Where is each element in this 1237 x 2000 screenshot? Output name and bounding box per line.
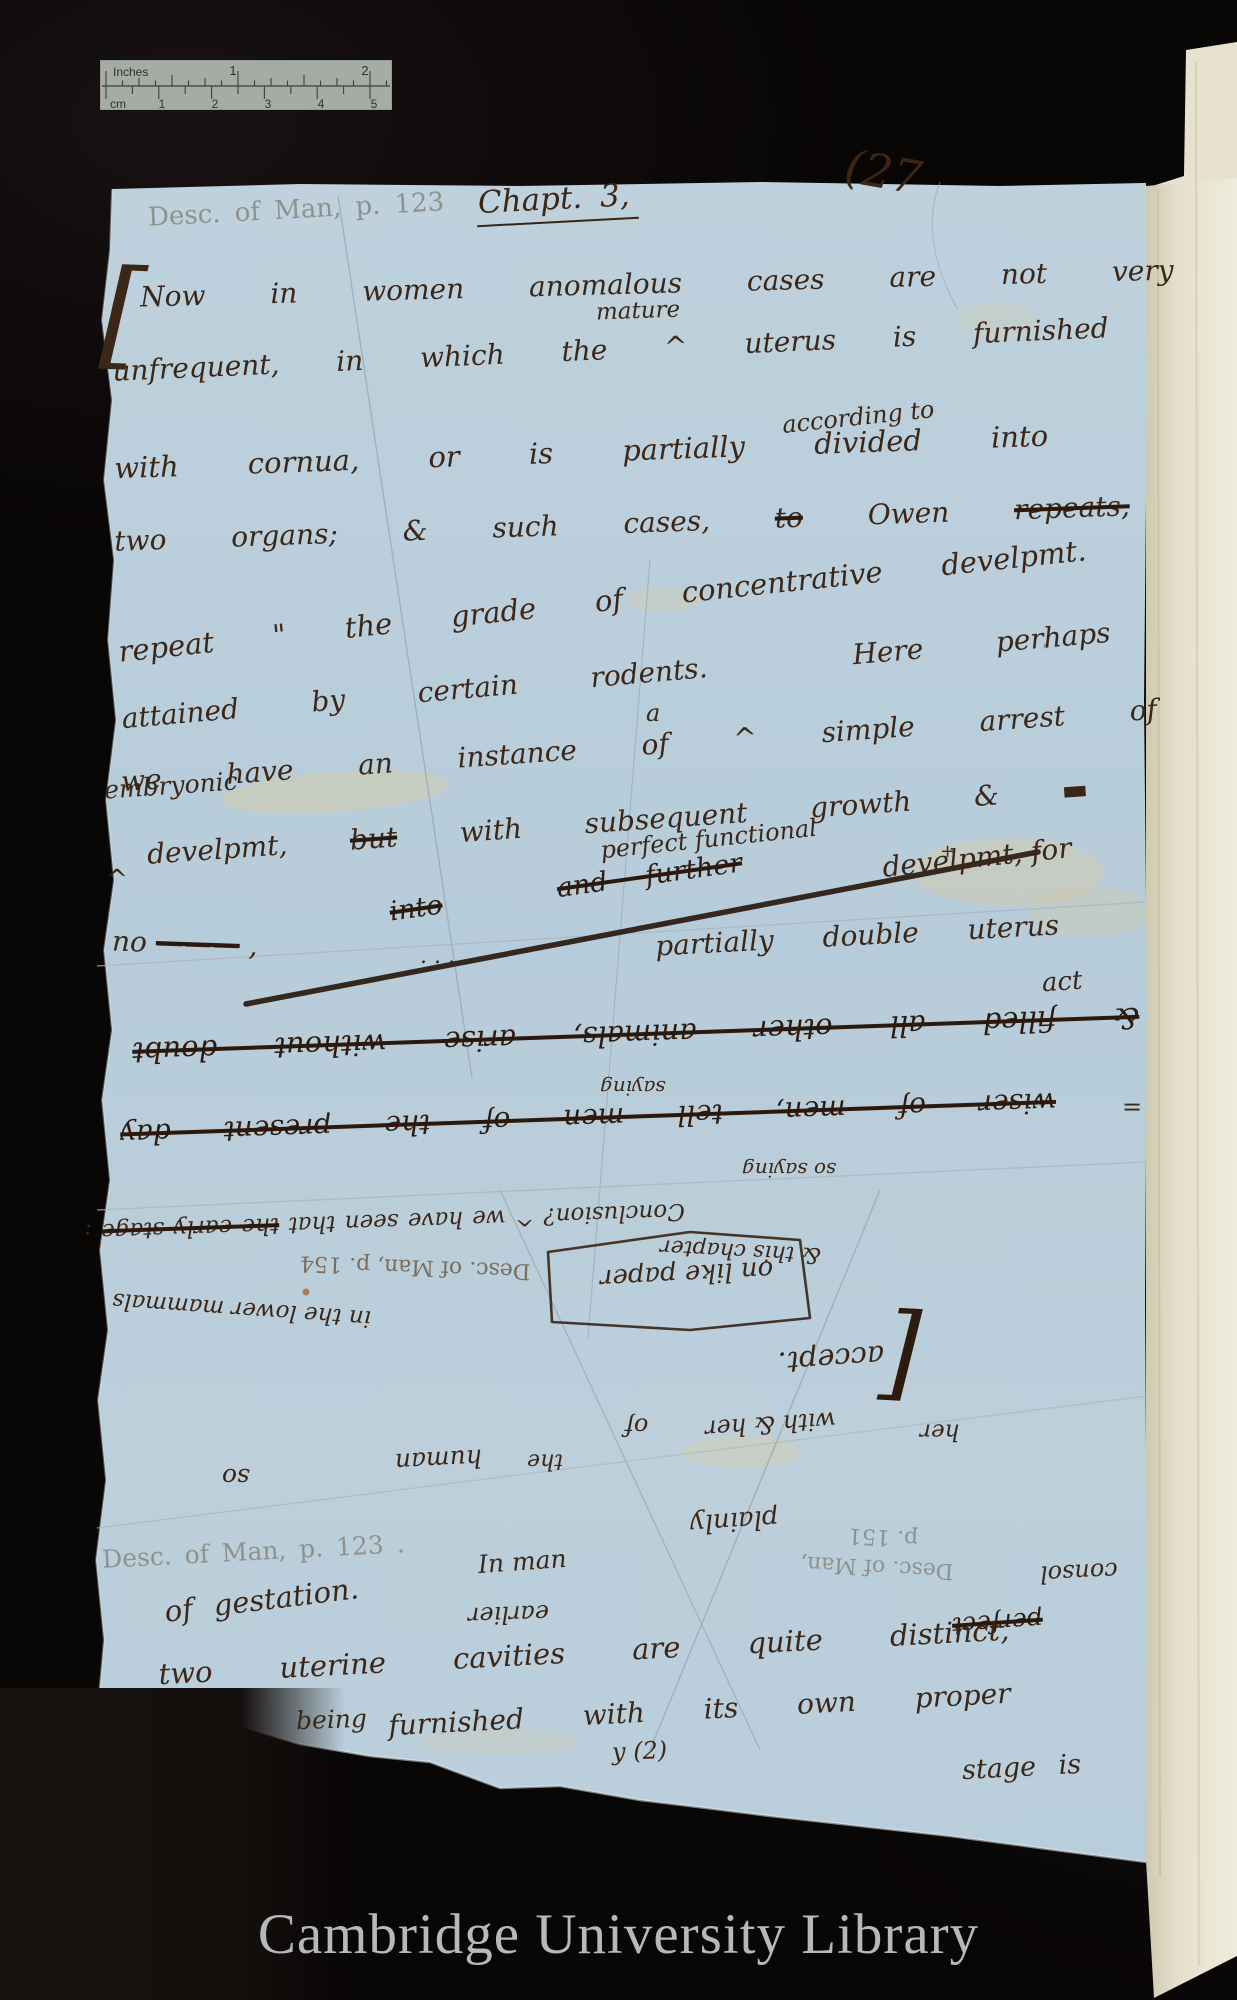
handwritten-line: so saying <box>742 1158 836 1181</box>
handwritten-line: = <box>1122 1094 1142 1122</box>
manuscript-photo: Inches 1 2 cm 1 2 3 4 5 Desc. of Man, p.… <box>0 0 1237 2000</box>
handwritten-line: with cornua, or is partially divided int… <box>114 420 1049 486</box>
handwritten-line: . . . . <box>420 944 469 969</box>
closing-bracket: ] <box>877 1291 924 1413</box>
pencil-ref-154: Desc. of Man, p. 154 <box>300 1250 531 1283</box>
handwritten-line: saying <box>600 1076 666 1099</box>
handwritten-line: stage is <box>961 1749 1082 1786</box>
handwritten-line: furnished with its own proper <box>388 1678 1012 1743</box>
handwritten-line: so <box>222 1462 250 1491</box>
handwritten-line: of <box>625 1412 648 1440</box>
handwritten-line: consol <box>1039 1556 1118 1588</box>
handwritten-line: human <box>394 1443 482 1476</box>
pencil-ref-151a: p. 151 <box>847 1522 918 1551</box>
handwritten-line: In man <box>477 1545 567 1580</box>
handwritten-line: into and further <box>388 847 745 927</box>
handwritten-line: her <box>920 1418 959 1444</box>
handwritten-line: with & her <box>704 1405 837 1442</box>
pencil-ref-top: Desc. of Man, p. 123 <box>147 188 445 233</box>
handwritten-line: & filled all other animals, arise withou… <box>132 1000 1140 1068</box>
handwritten-line: earlier <box>468 1599 550 1629</box>
handwritten-line: a <box>646 700 660 728</box>
handwritten-line: on like paper <box>599 1253 774 1292</box>
handwritten-line: being <box>296 1705 368 1736</box>
handwritten-line: two uterine cavities are quite distinct, <box>158 1614 1010 1692</box>
handwritten-line: develpmt, for <box>881 832 1073 884</box>
handwritten-line: act <box>1041 967 1084 1000</box>
handwritten-line: the <box>527 1448 563 1473</box>
folio-number: (27 <box>841 140 926 205</box>
pencil-ref-151b: Desc. of Man, <box>799 1550 954 1583</box>
library-watermark: Cambridge University Library <box>0 1902 1237 1967</box>
pencil-ref-mid: Desc. of Man, p. 123 . <box>101 1530 405 1575</box>
handwritten-line: no ——— , <box>111 925 258 962</box>
handwritten-line: plainly <box>689 1502 779 1538</box>
handwritten-line: partially double uterus <box>654 909 1059 962</box>
handwriting-layer: Desc. of Man, p. 123Chapt. 3,(27[Now in … <box>0 0 1237 2000</box>
handwritten-line: ^ <box>106 866 128 896</box>
handwritten-line: y (2) <box>612 1737 668 1767</box>
handwritten-line: accept. <box>777 1338 885 1379</box>
handwritten-line: in the lower mammals <box>111 1287 371 1331</box>
handwritten-line: of gestation. <box>163 1572 361 1629</box>
handwritten-line: wiser of men, tell men of the present da… <box>120 1086 1057 1151</box>
chapter-heading: Chapt. 3, <box>475 178 639 227</box>
handwritten-line: mature <box>596 297 681 326</box>
handwritten-line: Conclusion? ^ we have seen that the earl… <box>84 1198 686 1245</box>
